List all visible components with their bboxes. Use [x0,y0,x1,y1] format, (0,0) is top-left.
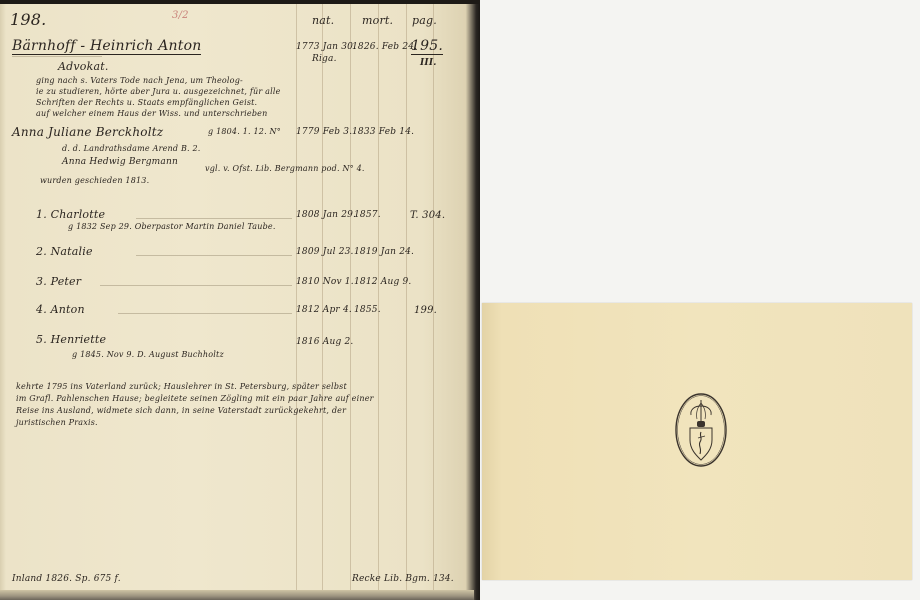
child-mort: 1812 Aug 9. [354,277,411,287]
child-pag: 199. [414,305,437,316]
column-rule [322,4,323,590]
child-mort: 1819 Jan 24. [354,247,414,257]
header-pag: pag. [412,14,437,27]
child-nat: 1808 Jan 29. [296,210,356,220]
page-number: 198. [10,10,46,29]
column-rule [433,4,434,590]
main-entry-note-line: ging nach s. Vaters Tode nach Jena, um T… [36,76,243,85]
column-rule-pag [406,4,407,590]
biography-line: kehrte 1795 ins Vaterland zurück; Hausle… [16,382,347,391]
child-note: g 1832 Sep 29. Oberpastor Martin Daniel … [68,222,298,232]
biography-line: im Grafl. Pahlenschen Hause; begleitete … [16,394,374,403]
child-nat: 1812 Apr 4. [296,305,352,315]
main-entry-pag: 195. [411,38,443,55]
name-underline [12,56,102,57]
column-rule [378,4,379,590]
main-entry-note-line: ie zu studieren, hörte aber Jura u. ausg… [36,87,281,96]
footer-left-reference: Inland 1826. Sp. 675 f. [12,574,121,584]
coat-of-arms-seal-icon [674,392,728,468]
child-line [136,218,292,219]
spouse-mort: 1833 Feb 14. [352,127,414,137]
child-line [100,285,292,286]
envelope [482,303,912,580]
header-nat: nat. [312,14,334,27]
main-entry-occupation: Advokat. [58,60,109,73]
spouse-married: g 1804. 1. 12. N° [208,127,281,136]
header-mort: mort. [362,14,393,27]
child-name: 5. Henriette [36,333,106,346]
child-name: 1. Charlotte [36,208,105,221]
main-entry-mort: 1826. Feb 24. [352,42,417,52]
main-entry-pag-sub: III. [420,58,437,68]
main-entry-name: Bärnhoff - Heinrich Anton [12,38,201,55]
child-name: 3. Peter [36,275,81,288]
spouse-divorce-note: wurden geschieden 1813. [40,176,149,185]
child-nat: 1810 Nov 1. [296,277,354,287]
ledger-page: 198. 3/2 nat. mort. pag. Bärnhoff - Hein… [0,0,480,600]
spouse-nat: 1779 Feb 3. [296,127,352,137]
main-entry-note-line: Schriften der Rechts u. Staats empfängli… [36,98,257,107]
child-name: 2. Natalie [36,245,93,258]
child-mort: 1857. [354,210,381,220]
child-nat: 1816 Aug 2. [296,337,353,347]
page-bottom-edge [0,590,474,600]
biography-line: Reise ins Ausland, widmete sich dann, in… [16,406,346,415]
column-rule-mort [350,4,351,590]
main-entry-nat: 1773 Jan 30. [296,42,356,52]
spouse-parent-line: d. d. Landrathsdame Arend B. 2. [62,144,201,153]
red-mark: 3/2 [172,10,189,21]
spouse-reference: vgl. v. Ofst. Lib. Bergmann pod. N° 4. [205,164,365,173]
column-rule-nat [296,4,297,590]
child-nat: 1809 Jul 23. [296,247,354,257]
child-mort: 1855. [354,305,381,315]
main-entry-place: Riga. [312,54,337,64]
footer-right-reference: Recke Lib. Bgm. 134. [352,574,454,584]
main-entry-note-line: auf welcher einem Haus der Wiss. und unt… [36,109,267,118]
biography-line: juristischen Praxis. [16,418,98,427]
spouse-name: Anna Juliane Berckholtz [12,125,163,139]
child-line [136,255,292,256]
child-note: g 1845. Nov 9. D. August Buchholtz [72,350,224,359]
spouse-mother-line: Anna Hedwig Bergmann [62,157,178,167]
child-name: 4. Anton [36,303,85,316]
child-line [118,313,292,314]
child-pag: T. 304. [410,210,445,221]
